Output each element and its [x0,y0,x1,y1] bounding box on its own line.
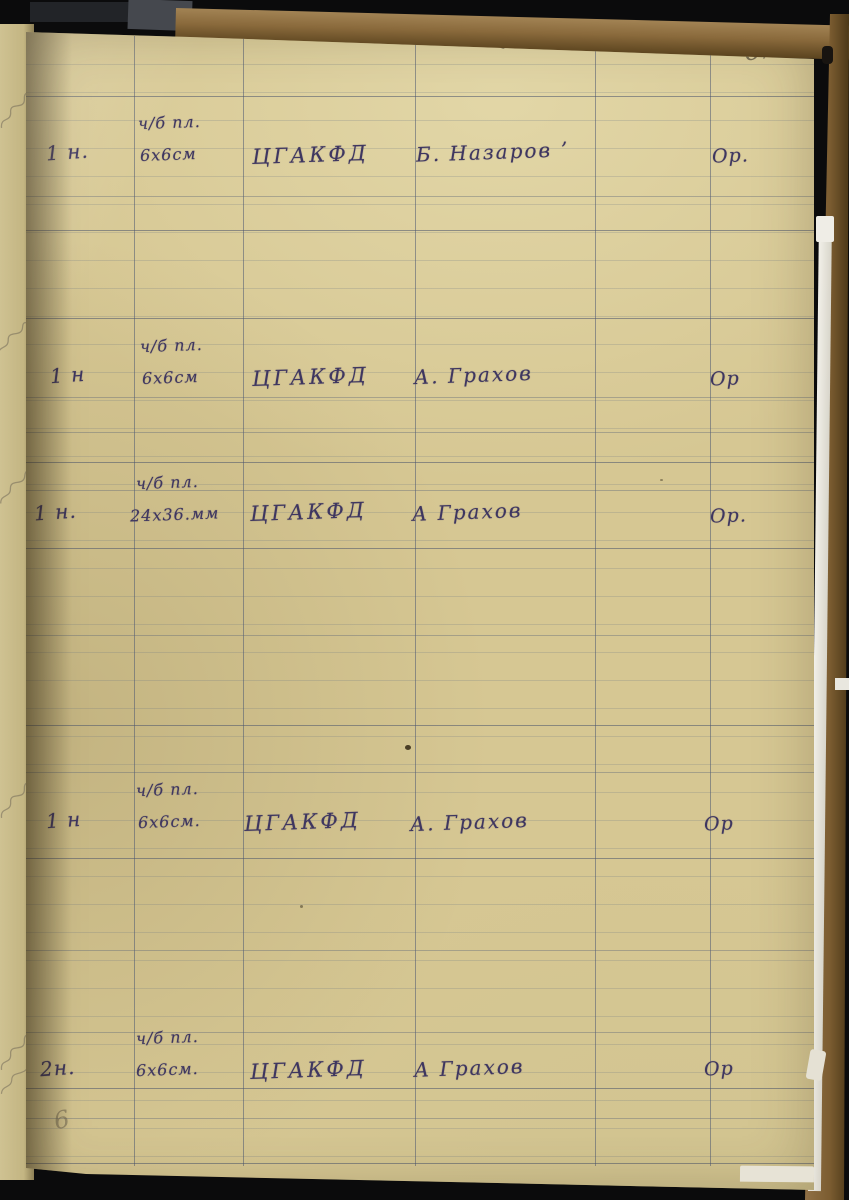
entry-film-size: 6х6см. [136,1059,199,1080]
row-line [26,1118,814,1119]
column-divider-line [710,36,711,1166]
row-line [26,635,814,636]
entry-author: А Грахов [414,1054,525,1082]
paper-stain [660,479,663,481]
entry-archive-code: ЦГАКФД [252,141,370,169]
entry-film-type: ч/б пл. [136,779,199,800]
scanned-ledger-photo: ч/б пл. 1 н. 6х6см ЦГАКФД Б. Назаров ʼ О… [0,0,849,1200]
column-divider-line [415,36,416,1166]
underlying-page-edge [816,216,834,242]
entry-film-size: 6х6см. [138,811,201,832]
paper-stain [300,905,303,908]
ledger-page: ч/б пл. 1 н. 6х6см ЦГАКФД Б. Назаров ʼ О… [26,28,814,1192]
column-divider-line [595,36,596,1166]
entry-note: Ор [710,367,740,390]
entry-archive-code: ЦГАКФД [244,808,362,836]
entry-archive-code: ЦГАКФД [250,498,368,526]
entry-film-type: ч/б пл. [136,1027,199,1048]
photo-reflection [30,2,130,22]
entry-note: Ор [704,1057,734,1080]
entry-author: А. Грахов [414,361,534,389]
photo-sheen [26,28,246,448]
row-line [26,548,814,549]
entry-author: А Грахов [412,498,523,526]
entry-note: Ор [704,812,734,835]
row-line [26,772,814,773]
entry-note: Ор. [712,144,750,167]
cover-slot [822,46,833,64]
entry-film-size: 24х36.мм [130,503,220,525]
entry-film-type: ч/б пл. [136,472,199,493]
paper-stain [405,745,411,750]
row-line [26,725,814,726]
row-line [26,462,814,463]
row-line [26,950,814,951]
entry-author: А. Грахов [410,808,530,836]
row-line [26,858,814,859]
row-line [26,1163,814,1164]
entry-archive-code: ЦГАКФД [250,1056,368,1084]
torn-paper-edge [740,1166,814,1183]
underlying-page-tab [835,678,849,690]
entry-archive-code: ЦГАКФД [252,363,370,391]
row-line [26,1088,814,1089]
entry-note: Ор. [710,504,748,527]
